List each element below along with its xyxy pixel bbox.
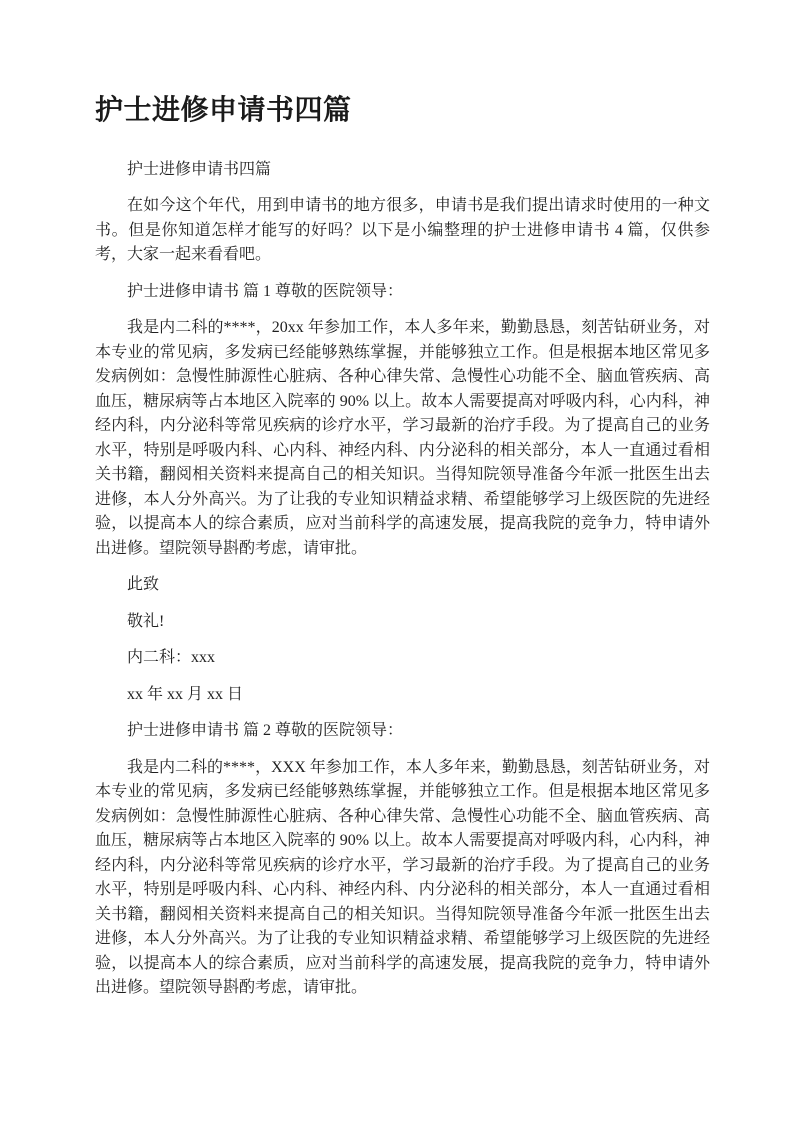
letter-1-closing-jingli: 敬礼!: [95, 610, 710, 635]
document-title: 护士进修申请书四篇: [95, 94, 710, 128]
letter-2-body: 我是内二科的****，XXX 年参加工作，本人多年来，勤勤恳恳，刻苦钻研业务，对…: [95, 756, 710, 1001]
paragraph-subtitle: 护士进修申请书四篇: [95, 158, 710, 183]
letter-1-signature-department: 内二科：xxx: [95, 646, 710, 671]
letter-1-body: 我是内二科的****，20xx 年参加工作，本人多年来，勤勤恳恳，刻苦钻研业务，…: [95, 316, 710, 561]
document-page: 护士进修申请书四篇 护士进修申请书四篇 在如今这个年代，用到申请书的地方很多，申…: [0, 0, 793, 1122]
document-content: 护士进修申请书四篇 护士进修申请书四篇 在如今这个年代，用到申请书的地方很多，申…: [0, 0, 793, 1001]
paragraph-intro: 在如今这个年代，用到申请书的地方很多，申请书是我们提出请求时使用的一种文书。但是…: [95, 194, 710, 268]
letter-1-closing-cizhi: 此致: [95, 573, 710, 598]
section-heading-letter-2: 护士进修申请书 篇 2 尊敬的医院领导：: [95, 719, 710, 744]
letter-1-signature-date: xx 年 xx 月 xx 日: [95, 683, 710, 708]
section-heading-letter-1: 护士进修申请书 篇 1 尊敬的医院领导：: [95, 280, 710, 305]
